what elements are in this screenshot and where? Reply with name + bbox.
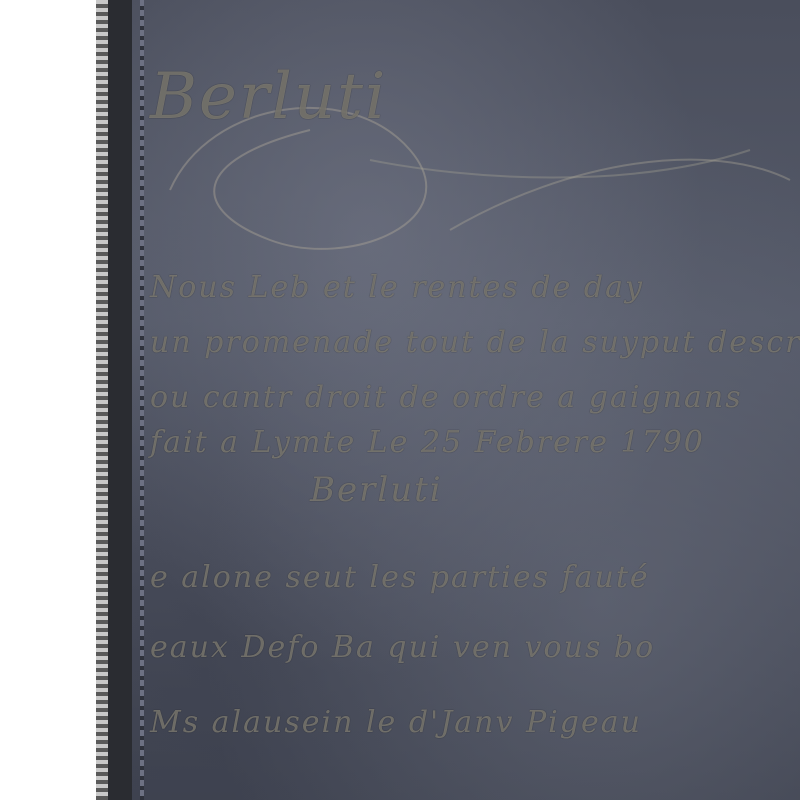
engraved-line: e alone seut les parties fauté — [150, 560, 650, 595]
zipper-tape — [108, 0, 134, 800]
engraved-signature: Berluti — [310, 470, 443, 510]
engraved-heading: Berluti — [150, 60, 387, 134]
engraved-line: fait a Lymte Le 25 Febrere 1790 — [150, 425, 705, 460]
engraved-line: eaux Defo Ba qui ven vous bo — [150, 630, 655, 665]
engraved-line: Ms alausein le d'Janv Pigeau — [150, 705, 642, 740]
engraved-line: Nous Leb et le rentes de day — [150, 270, 644, 305]
stitching — [140, 0, 144, 800]
product-photo: Berluti Nous Leb et le rentes de day un … — [0, 0, 800, 800]
engraved-line: un promenade tout de la suyput descreau — [150, 325, 800, 360]
engraved-line: ou cantr droit de ordre a gaignans — [150, 380, 743, 415]
